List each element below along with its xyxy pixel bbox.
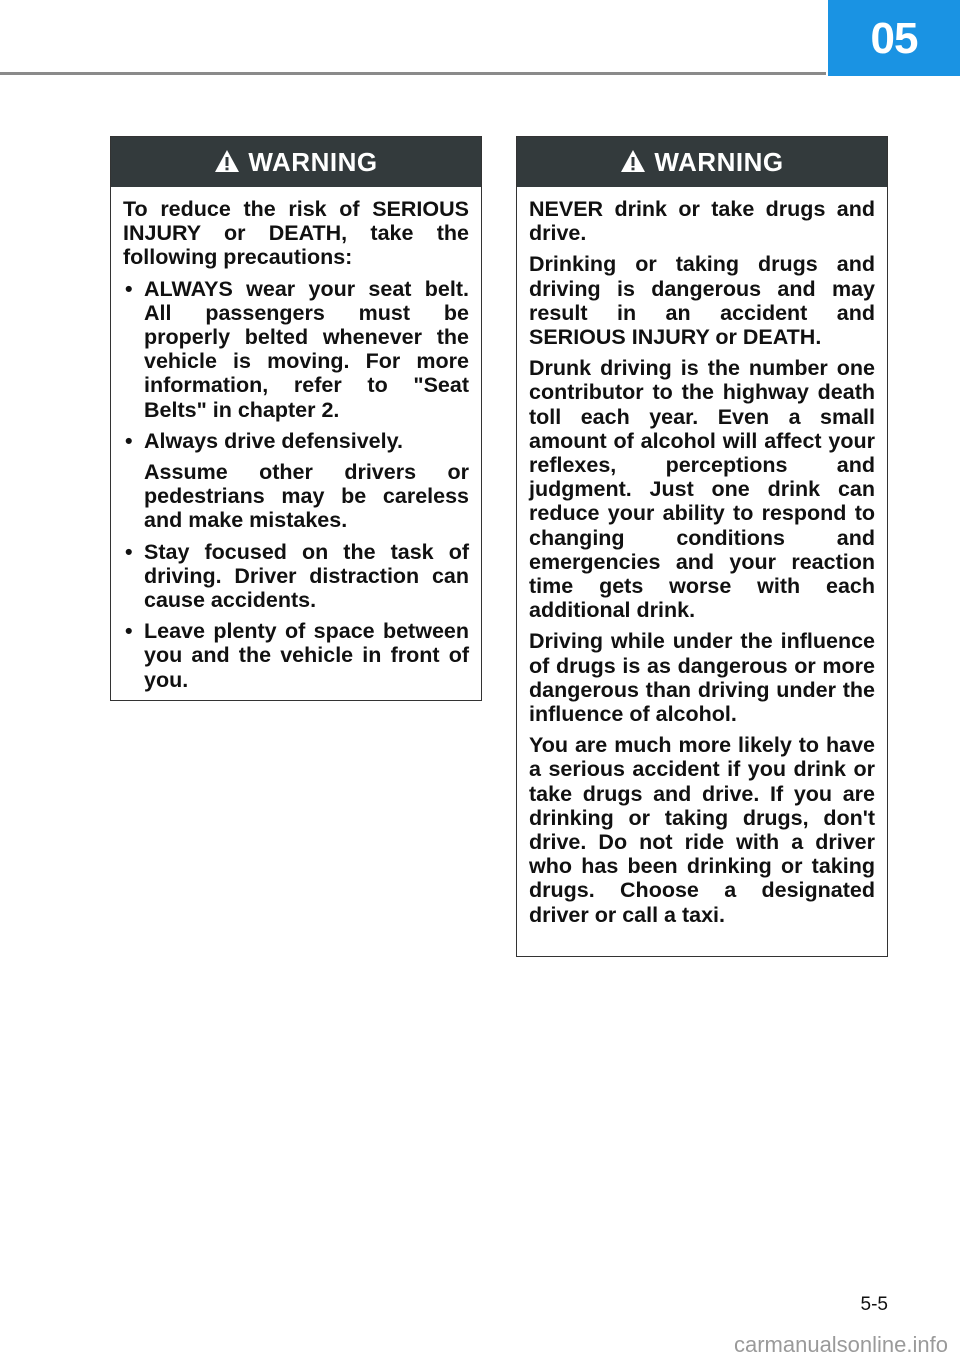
- list-item: • Leave plenty of space between you and …: [123, 619, 469, 692]
- list-item: • ALWAYS wear your seat belt. All passen…: [123, 277, 469, 422]
- chapter-tab: 05: [828, 0, 960, 76]
- warning-box-drunk-driving: WARNING NEVER drink or take drugs and dr…: [516, 136, 888, 957]
- bullet: •: [125, 540, 133, 564]
- header-rule: [0, 72, 826, 75]
- warning-header: WARNING: [517, 137, 887, 187]
- warning-triangle-icon: [620, 149, 646, 173]
- warning-body: To reduce the risk of SERIOUS INJURY or …: [111, 187, 481, 692]
- warning-box-precautions: WARNING To reduce the risk of SERIOUS IN…: [110, 136, 482, 701]
- list-item-subtext: Assume other drivers or pedestrians may …: [144, 460, 469, 533]
- warning-title: WARNING: [654, 147, 783, 178]
- warning-paragraph: NEVER drink or take drugs and drive.: [529, 197, 875, 245]
- list-item: • Stay focused on the task of driving. D…: [123, 540, 469, 613]
- chapter-number: 05: [871, 14, 918, 64]
- page-number: 5-5: [861, 1294, 888, 1316]
- warning-triangle-icon: [214, 149, 240, 173]
- watermark: carmanualsonline.info: [734, 1332, 948, 1358]
- bullet: •: [125, 277, 133, 301]
- warning-paragraph: Drinking or taking drugs and driving is …: [529, 252, 875, 349]
- warning-paragraph: Driving while under the influence of dru…: [529, 629, 875, 726]
- warning-title: WARNING: [248, 147, 377, 178]
- warning-header: WARNING: [111, 137, 481, 187]
- warning-intro: To reduce the risk of SERIOUS INJURY or …: [123, 197, 469, 270]
- warning-body: NEVER drink or take drugs and drive. Dri…: [517, 187, 887, 927]
- bullet: •: [125, 619, 133, 643]
- warning-paragraph: You are much more likely to have a serio…: [529, 733, 875, 927]
- precaution-list: • ALWAYS wear your seat belt. All passen…: [123, 277, 469, 692]
- warning-paragraph: Drunk driving is the number one contribu…: [529, 356, 875, 622]
- list-item: • Always drive defensively. Assume other…: [123, 429, 469, 533]
- bullet: •: [125, 429, 133, 453]
